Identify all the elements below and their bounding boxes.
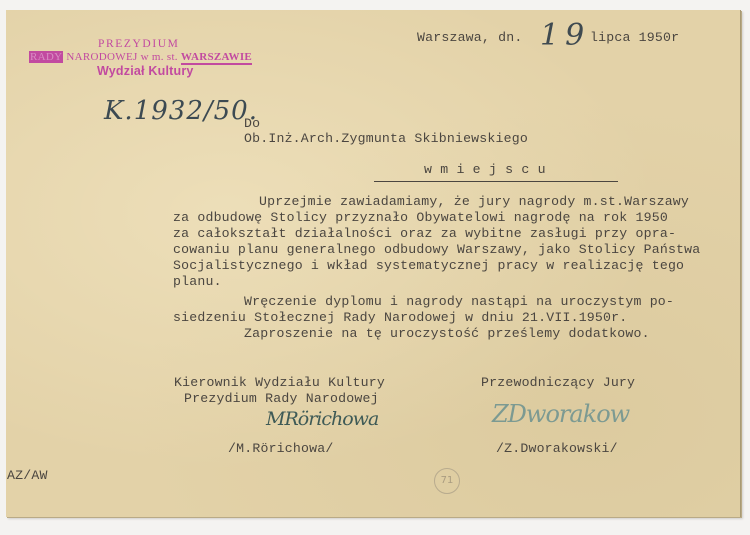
date-day-handwritten: 19 [540,18,590,53]
page-number-circle: 71 [434,468,460,494]
body-line: planu. [173,274,222,290]
typist-initials: AZ/AW [7,468,48,484]
body-line: za odbudowę Stolicy przyznało Obywatelow… [173,210,668,226]
stamp-warszawie: WARSZAWIE [181,51,252,65]
right-signatory-name: /Z.Dworakowski/ [496,441,618,457]
date-month-year: lipca 1950r [590,30,679,46]
body-line: Zaproszenie na tę uroczystość prześlemy … [244,326,650,342]
body-line: cowaniu planu generalnego odbudowy Warsz… [173,242,700,258]
left-signatory-title-1: Kierownik Wydziału Kultury [174,375,385,391]
body-line: Wręczenie dyplomu i nagrody nastąpi na u… [244,294,674,310]
stamp-prezydium: PREZYDIUM [98,38,180,50]
addressee-location: w m i e j s c u [424,162,546,178]
stamp-narodowej: NARODOWEJ w m. st. [63,51,181,63]
stamp-wydzial-kultury: Wydział Kultury [97,64,194,78]
left-handwritten-signature: MRörichowa [266,408,378,430]
date-prefix: Warszawa, dn. [417,30,522,46]
stamp-rada-narodowa: RADY NARODOWEJ w m. st. WARSZAWIE [29,51,252,63]
body-line: Socjalistycznego i wkład systematycznej … [173,258,684,274]
right-signatory-title: Przewodniczący Jury [481,375,635,391]
addressee-to: Do [244,116,260,132]
right-handwritten-signature: ZDworakow [492,400,629,428]
addressee-name: Ob.Inż.Arch.Zygmunta Skibniewskiego [244,131,528,147]
stamp-rady: RADY [29,51,63,63]
body-line: za całokształt działalności oraz za wybi… [173,226,676,242]
body-line: siedzeniu Stołecznej Rady Narodowej w dn… [173,310,627,326]
location-underline [374,181,618,182]
reference-number-handwritten: K.1932/50. [104,96,258,126]
body-line: Uprzejmie zawiadamiamy, że jury nagrody … [259,194,689,210]
left-signatory-title-2: Prezydium Rady Narodowej [184,391,379,407]
left-signatory-name: /M.Rörichowa/ [228,441,333,457]
